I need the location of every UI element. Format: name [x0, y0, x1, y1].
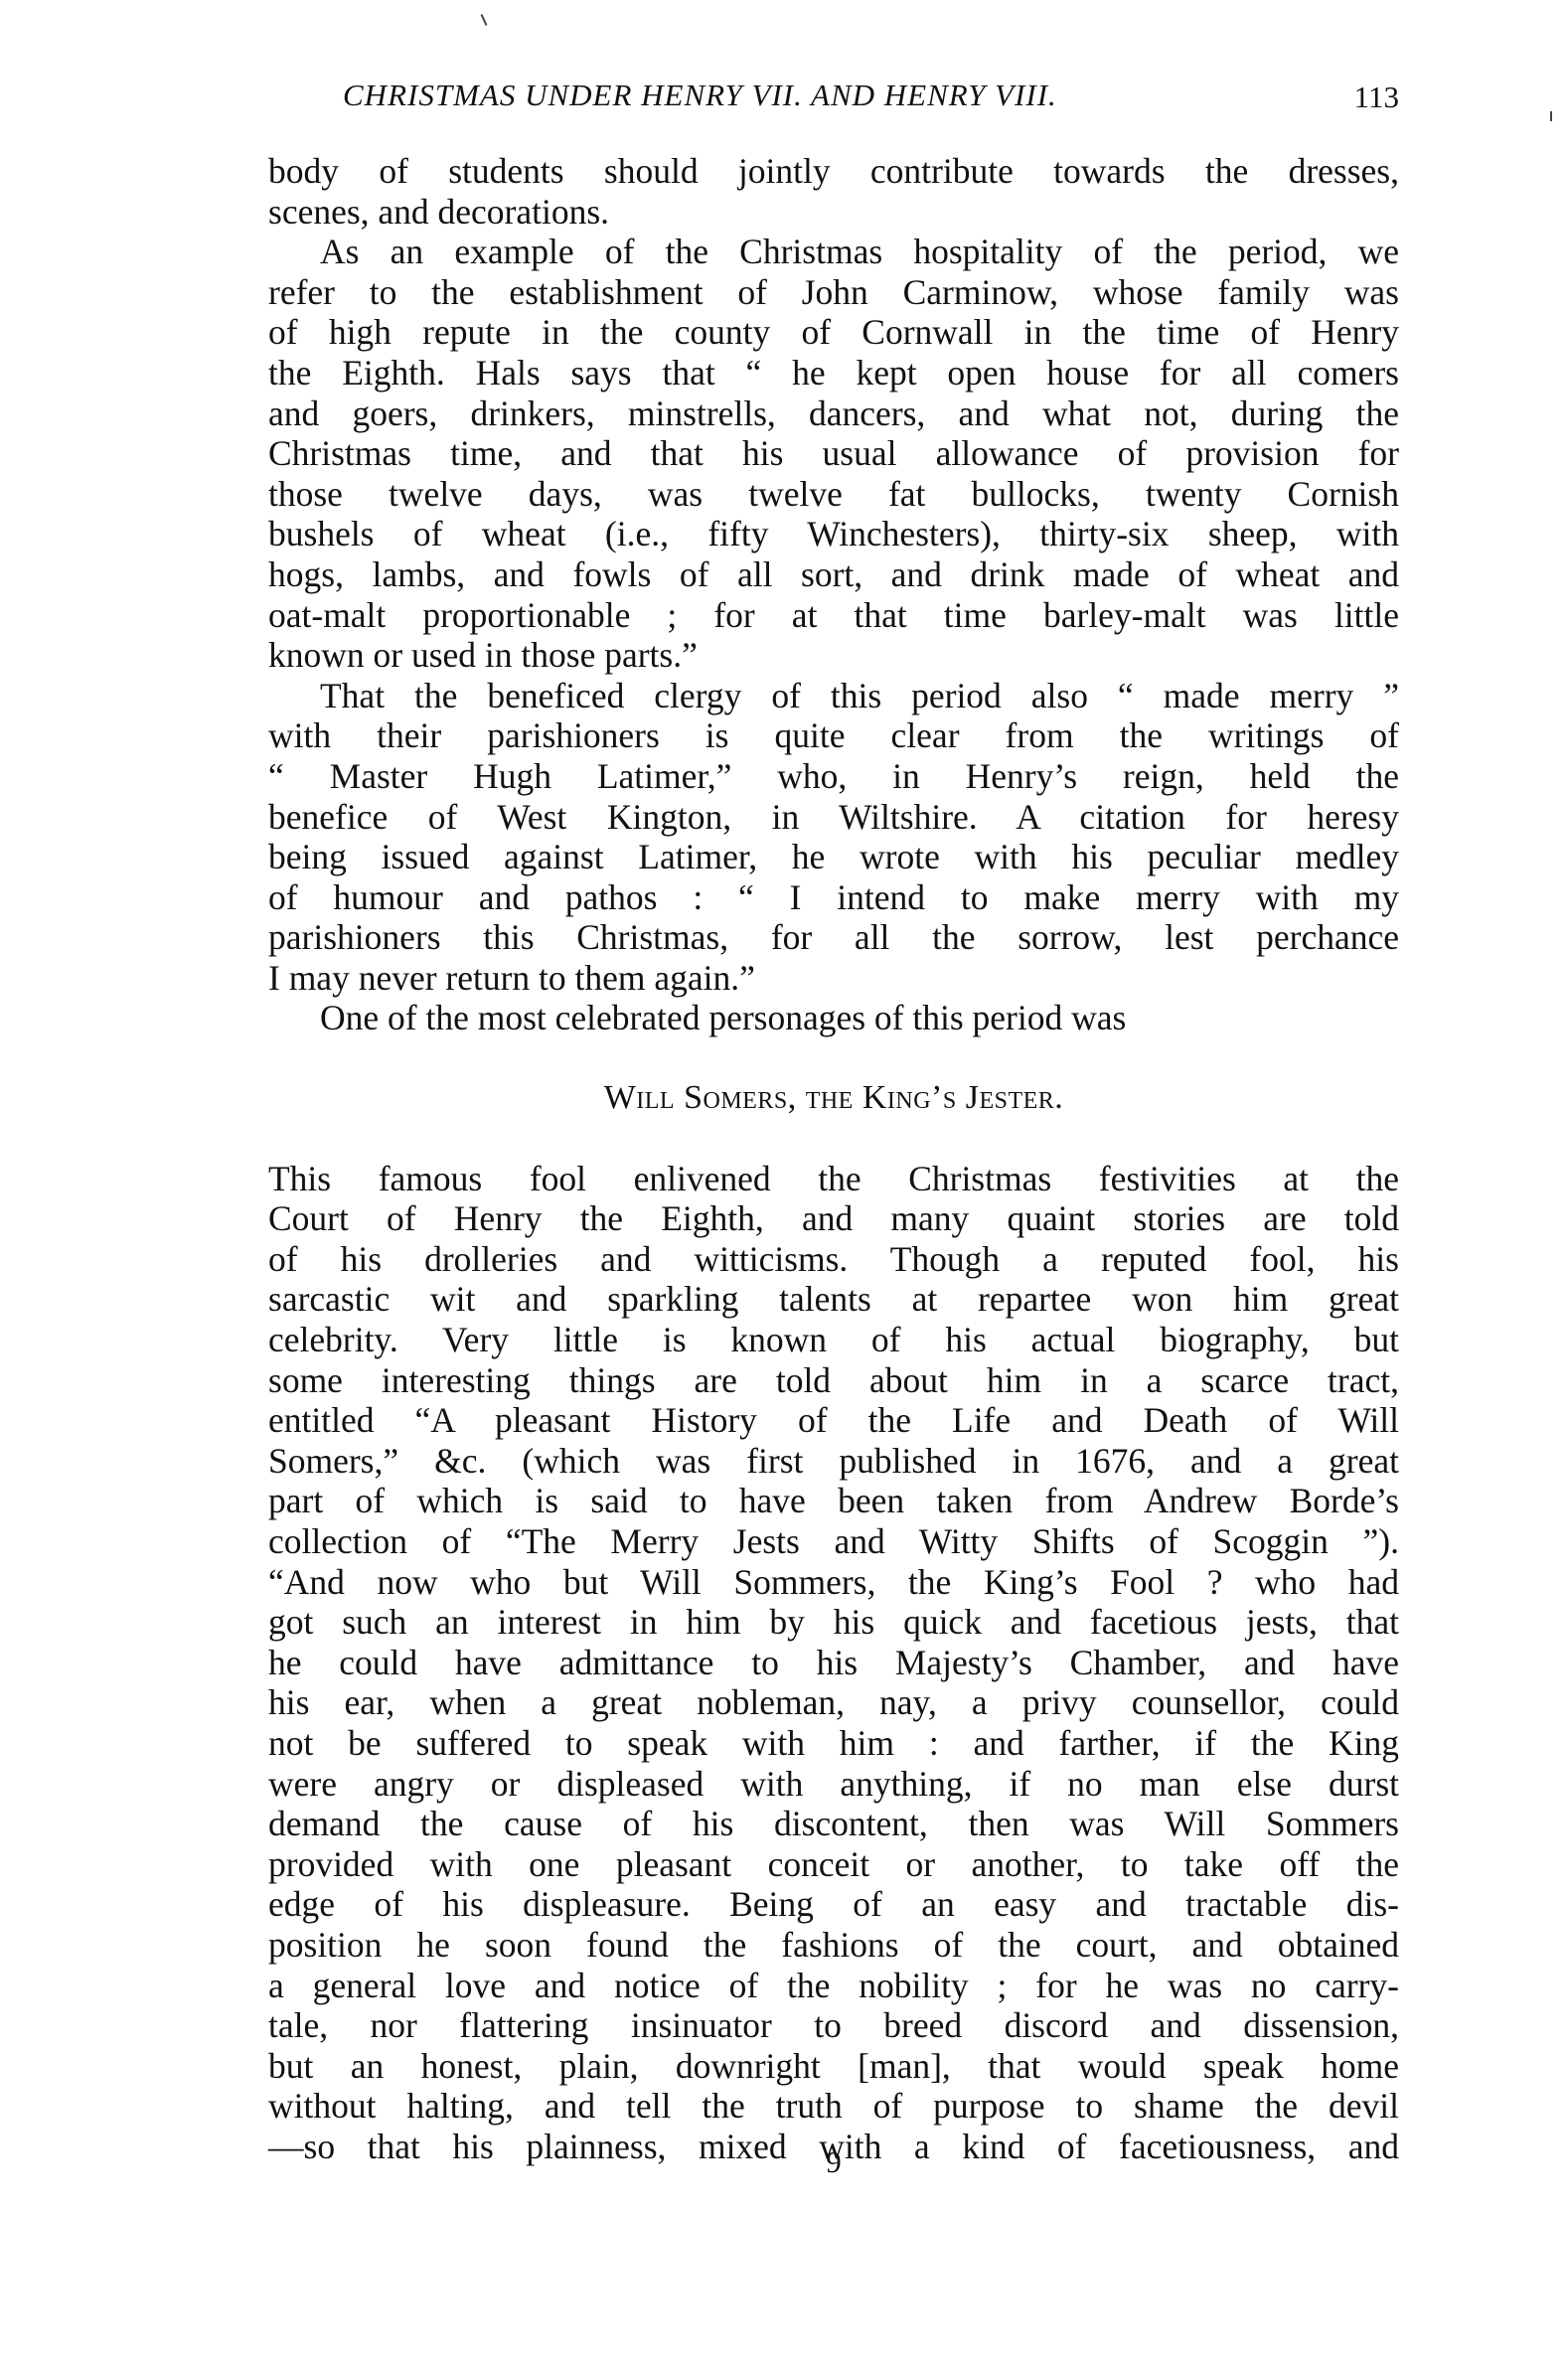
text-line: and goers, drinkers, minstrells, dancers… [268, 394, 1399, 434]
text-line: some interesting things are told about h… [268, 1360, 1399, 1401]
body-text: body of students should jointly contribu… [268, 151, 1399, 2167]
page-number: 113 [1354, 79, 1399, 115]
running-title: CHRISTMAS UNDER HENRY VII. AND HENRY VII… [343, 78, 1057, 112]
text-line: part of which is said to have been taken… [268, 1481, 1399, 1521]
scan-speck [481, 14, 488, 26]
text-line: “ Master Hugh Latimer,” who, in Henry’s … [268, 756, 1399, 797]
text-line: sarcastic wit and sparkling talents at r… [268, 1279, 1399, 1320]
text-line: Christmas time, and that his usual allow… [268, 433, 1399, 474]
text-line: I may never return to them again.” [268, 958, 1399, 999]
text-line: tale, nor flattering insinuator to breed… [268, 2005, 1399, 2046]
text-line: “And now who but Will Sommers, the King’… [268, 1562, 1399, 1603]
text-line: those twelve days, was twelve fat bulloc… [268, 474, 1399, 515]
paragraph: This famous fool enlivened the Christmas… [268, 1159, 1399, 2167]
text-line: being issued against Latimer, he wrote w… [268, 837, 1399, 877]
text-line: This famous fool enlivened the Christmas… [268, 1159, 1399, 1199]
text-line: As an example of the Christmas hospitali… [268, 232, 1399, 272]
text-line: One of the most celebrated personages of… [268, 998, 1399, 1038]
text-line: provided with one pleasant conceit or an… [268, 1844, 1399, 1885]
text-line: position he soon found the fashions of t… [268, 1925, 1399, 1966]
text-line: celebrity. Very little is known of his a… [268, 1320, 1399, 1360]
text-line: of his drolleries and witticisms. Though… [268, 1239, 1399, 1280]
signature-mark: 9 [268, 2144, 1399, 2180]
text-line: without halting, and tell the truth of p… [268, 2086, 1399, 2127]
text-line: not be suffered to speak with him : and … [268, 1723, 1399, 1764]
text-line: refer to the establishment of John Carmi… [268, 272, 1399, 313]
text-line: demand the cause of his discontent, then… [268, 1804, 1399, 1844]
text-line: got such an interest in him by his quick… [268, 1602, 1399, 1643]
section-heading: Will Somers, the King’s Jester. [268, 1078, 1399, 1119]
text-line: collection of “The Merry Jests and Witty… [268, 1521, 1399, 1562]
scan-speck [1550, 111, 1552, 121]
text-line: benefice of West Kington, in Wiltshire. … [268, 797, 1399, 838]
text-line: Somers,” &c. (which was first published … [268, 1441, 1399, 1482]
text-line: Court of Henry the Eighth, and many quai… [268, 1198, 1399, 1239]
text-line: he could have admittance to his Majesty’… [268, 1643, 1399, 1683]
text-line: with their parishioners is quite clear f… [268, 715, 1399, 756]
text-line: a general love and notice of the nobilit… [268, 1966, 1399, 2006]
text-line: hogs, lambs, and fowls of all sort, and … [268, 554, 1399, 595]
text-line: entitled “A pleasant History of the Life… [268, 1400, 1399, 1441]
paragraph: That the beneficed clergy of this period… [268, 676, 1399, 999]
text-line: body of students should jointly contribu… [268, 151, 1399, 192]
paragraph: body of students should jointly contribu… [268, 151, 1399, 232]
text-line: oat-malt proportionable ; for at that ti… [268, 595, 1399, 636]
text-line: edge of his displeasure. Being of an eas… [268, 1884, 1399, 1925]
text-line: scenes, and decorations. [268, 192, 1399, 233]
text-line: his ear, when a great nobleman, nay, a p… [268, 1682, 1399, 1723]
paragraph: One of the most celebrated personages of… [268, 998, 1399, 1038]
text-line: That the beneficed clergy of this period… [268, 676, 1399, 716]
text-line: were angry or displeased with anything, … [268, 1764, 1399, 1805]
text-line: the Eighth. Hals says that “ he kept ope… [268, 353, 1399, 394]
text-line: but an honest, plain, downright [man], t… [268, 2046, 1399, 2087]
text-line: known or used in those parts.” [268, 635, 1399, 676]
text-line: of humour and pathos : “ I intend to mak… [268, 877, 1399, 918]
text-line: parishioners this Christmas, for all the… [268, 917, 1399, 958]
text-line: bushels of wheat (i.e., fifty Winchester… [268, 514, 1399, 554]
paragraph: As an example of the Christmas hospitali… [268, 232, 1399, 676]
running-head: CHRISTMAS UNDER HENRY VII. AND HENRY VII… [343, 78, 1399, 113]
text-line: of high repute in the county of Cornwall… [268, 312, 1399, 353]
